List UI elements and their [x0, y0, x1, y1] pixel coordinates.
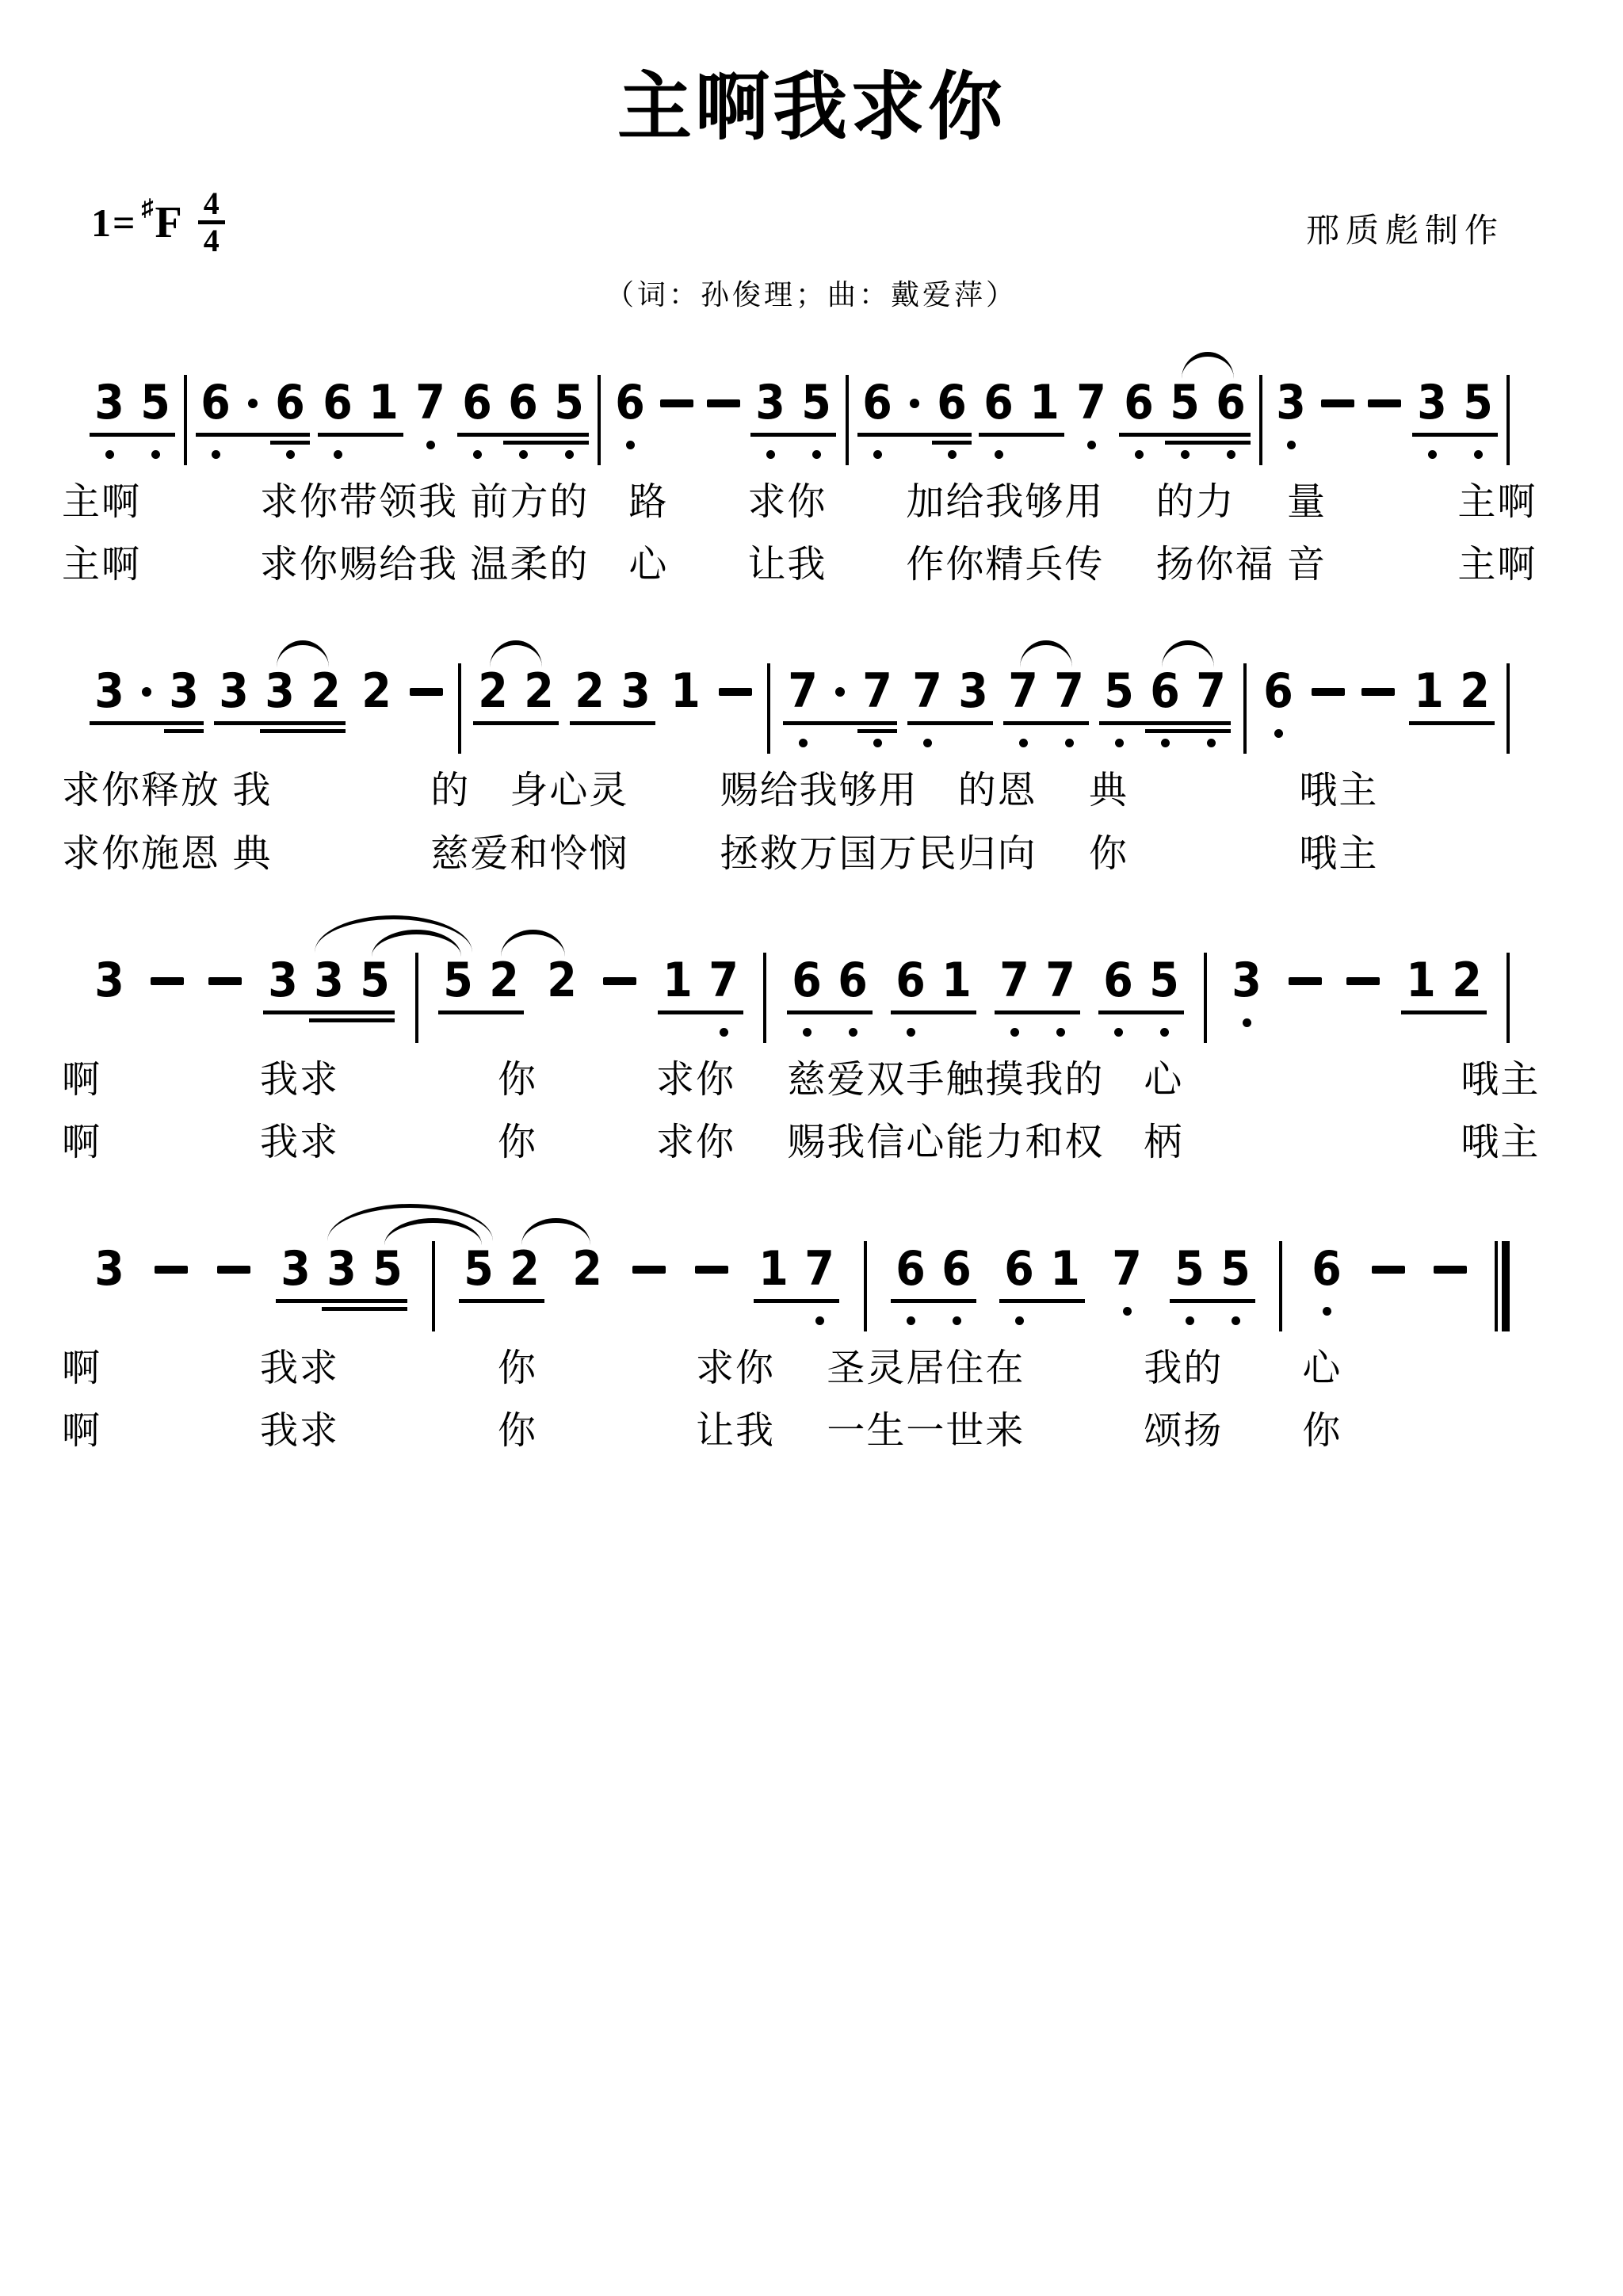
beam-line — [783, 721, 897, 725]
note-group: 2 — [358, 666, 395, 753]
octave-dot — [1160, 1028, 1169, 1037]
note: 3 — [267, 955, 300, 1006]
time-denominator: 4 — [204, 226, 220, 256]
beam-line-2 — [857, 729, 897, 733]
note-group: 7 — [412, 377, 449, 464]
beam-line — [263, 1010, 395, 1014]
note: 6 — [274, 377, 307, 428]
beam-line-2 — [932, 441, 972, 445]
octave-dot — [873, 450, 882, 459]
note: 5 — [1103, 666, 1136, 716]
barline — [1279, 1241, 1282, 1331]
note: 2 — [523, 666, 556, 716]
duration-dash-mark — [410, 688, 443, 696]
barline — [767, 663, 770, 754]
music-system-4: 33355221766617556啊 我求 你 求你 圣灵居住在 我的 心啊 我… — [0, 1199, 1623, 1453]
barline — [763, 953, 766, 1043]
note: 6 — [940, 1244, 972, 1294]
note: 6 — [861, 377, 893, 428]
beam-line-2 — [164, 729, 204, 733]
beam-line — [891, 1299, 976, 1303]
duration-dash-mark — [1368, 399, 1401, 407]
note-group: 65 — [1100, 955, 1182, 1042]
note: 6 — [894, 1244, 926, 1294]
beam-line — [214, 721, 346, 725]
octave-dot — [1065, 739, 1074, 747]
beam-line — [999, 1299, 1085, 1303]
note-group: 73 — [909, 666, 991, 753]
note: 7 — [414, 377, 446, 428]
beam-line-2 — [260, 729, 346, 733]
octave-dot — [1287, 441, 1296, 449]
note-group: 12 — [1403, 955, 1485, 1042]
lyrics-row-1: 啊 我求 你 求你 圣灵居住在 我的 心 — [62, 1347, 1623, 1390]
note-group: 656 — [1121, 377, 1249, 464]
note-group: 66 — [859, 377, 970, 464]
note: 5 — [1148, 955, 1180, 1006]
octave-dot — [815, 1316, 824, 1325]
note-group: 61 — [980, 377, 1063, 464]
note: 7 — [804, 1244, 836, 1294]
duration-dash-mark — [1289, 977, 1322, 985]
lyrics-row-1: 啊 我求 你 求你 慈爱双手触摸我的 心 哦主 — [62, 1058, 1623, 1102]
note: 5 — [800, 377, 833, 428]
note: 5 — [359, 955, 391, 1006]
beam-line — [750, 433, 836, 437]
beam-line — [1003, 721, 1089, 725]
note: 3 — [326, 1244, 358, 1294]
duration-dash — [717, 666, 754, 753]
duration-dash-mark — [1346, 977, 1380, 985]
note-group: 66 — [197, 377, 308, 464]
note-group: 77 — [996, 955, 1079, 1042]
octave-dot — [426, 441, 435, 449]
barline — [432, 1241, 435, 1331]
octave-dot — [1232, 1316, 1240, 1325]
note: 5 — [139, 377, 171, 428]
note: 6 — [1310, 1244, 1342, 1294]
slur-arc — [1182, 352, 1234, 379]
beam-line — [979, 433, 1064, 437]
note: 6 — [1149, 666, 1182, 716]
note: 7 — [1110, 1244, 1143, 1294]
slur-arc — [1162, 640, 1214, 667]
note: 2 — [477, 666, 510, 716]
note: 6 — [982, 377, 1014, 428]
octave-dot — [1019, 739, 1028, 747]
music-system-3: 33355221766617765312啊 我求 你 求你 慈爱双手触摸我的 心… — [0, 911, 1623, 1164]
note: 2 — [1450, 955, 1483, 1006]
note: 3 — [1231, 955, 1263, 1006]
slur-arc — [1020, 640, 1072, 667]
note: 6 — [1214, 377, 1247, 428]
note-group: 2 — [569, 1244, 605, 1331]
key-signature: 1= ♯ F 4 4 — [91, 189, 225, 256]
note: 5 — [1461, 377, 1494, 428]
note: 5 — [463, 1244, 495, 1294]
note: 6 — [613, 377, 646, 428]
note-group: 66 — [892, 1244, 975, 1331]
note-group: 3 — [91, 955, 128, 1042]
duration-dash — [631, 1244, 667, 1331]
duration-dash — [1432, 1244, 1468, 1331]
duration-dash-mark — [1372, 1266, 1405, 1274]
note: 5 — [441, 955, 474, 1006]
beam-line — [1098, 1010, 1184, 1014]
duration-dash-mark — [217, 1266, 250, 1274]
duration-dash — [216, 1244, 252, 1331]
octave-dot — [1010, 1028, 1019, 1037]
note-group: 7 — [1073, 377, 1109, 464]
duration-dash — [659, 377, 695, 464]
note-group: 52 — [440, 955, 522, 1042]
beam-line-2 — [270, 441, 310, 445]
note-group: 55 — [1171, 1244, 1254, 1331]
note: 6 — [506, 377, 539, 428]
note-group: 61 — [892, 955, 975, 1042]
beam-line — [570, 721, 655, 725]
note-group: 17 — [659, 955, 742, 1042]
barline — [458, 663, 461, 754]
notation-line: 33355221766617556 — [0, 1199, 1623, 1335]
note-group: 332 — [216, 666, 344, 753]
note: 3 — [313, 955, 346, 1006]
sharp-symbol: ♯ — [142, 195, 154, 222]
octave-dot — [1015, 1316, 1024, 1325]
octave-dot — [907, 1316, 915, 1325]
note: 5 — [552, 377, 585, 428]
beam-line — [1401, 1010, 1487, 1014]
note: 3 — [93, 1244, 125, 1294]
note: 7 — [1044, 955, 1076, 1006]
barline — [864, 1241, 867, 1331]
octave-dot — [923, 739, 932, 747]
note: 7 — [708, 955, 740, 1006]
note: 2 — [310, 666, 342, 716]
barline — [1507, 663, 1510, 754]
duration-dash — [1310, 666, 1346, 753]
note-group: 61 — [319, 377, 402, 464]
octave-dot — [519, 450, 528, 459]
beam-line — [196, 433, 310, 437]
slur-arc — [277, 640, 329, 667]
note: 3 — [754, 377, 787, 428]
note-group: 665 — [459, 377, 587, 464]
beam-line-2 — [322, 1307, 407, 1311]
duration-dash — [601, 955, 638, 1042]
note: 5 — [1173, 1244, 1205, 1294]
sheet-music-page: { "header": { "title": "主啊我求你", "key": {… — [0, 0, 1623, 2296]
beam-line — [1099, 721, 1231, 725]
note-group: 33 — [91, 666, 202, 753]
note: 3 — [264, 666, 296, 716]
beam-line — [90, 433, 175, 437]
note: 2 — [509, 1244, 541, 1294]
note-group: 35 — [91, 377, 174, 464]
octave-dot — [212, 450, 220, 459]
note-group: 6 — [612, 377, 648, 464]
music-systems: 356661766563566617656335主啊 求你带领我 前方的 路 求… — [0, 333, 1623, 1454]
octave-dot — [803, 1028, 811, 1037]
note: 6 — [790, 955, 823, 1006]
beam-line — [276, 1299, 407, 1303]
barline — [1204, 953, 1207, 1043]
note-group: 17 — [755, 1244, 838, 1331]
note: 1 — [662, 955, 694, 1006]
music-system-2: 33332222231777377567612求你释放 我 的 身心灵 赐给我够… — [0, 621, 1623, 875]
lyrics-row-2: 求你施恩 典 慈爱和怜悯 拯救万国万民归向 你 哦主 — [62, 832, 1623, 876]
note: 2 — [1458, 666, 1491, 716]
beam-line — [754, 1299, 839, 1303]
octave-dot — [1207, 739, 1216, 747]
octave-dot — [1186, 1316, 1194, 1325]
duration-dash-mark — [1361, 688, 1395, 696]
note-group: 23 — [571, 666, 654, 753]
duration-dash — [1360, 666, 1396, 753]
note-group: 35 — [752, 377, 834, 464]
note: 3 — [280, 1244, 312, 1294]
key-prefix: 1= — [91, 200, 137, 246]
octave-dot — [995, 450, 1003, 459]
note: 1 — [669, 666, 701, 716]
note: 7 — [998, 955, 1030, 1006]
beam-line-2 — [309, 1018, 395, 1022]
octave-dot — [1087, 441, 1096, 449]
octave-dot — [286, 450, 295, 459]
octave-dot — [873, 739, 882, 747]
barline — [184, 375, 187, 465]
duration-dash — [408, 666, 445, 753]
octave-dot — [1181, 450, 1190, 459]
note: 3 — [1415, 377, 1448, 428]
duration-dash-mark — [707, 399, 740, 407]
note-group: 335 — [277, 1244, 406, 1331]
note: 6 — [894, 955, 926, 1006]
octave-dot — [1474, 450, 1483, 459]
duration-dash-mark — [1321, 399, 1354, 407]
octave-dot — [1123, 1307, 1132, 1316]
note-group: 22 — [475, 666, 557, 753]
note: 2 — [573, 666, 605, 716]
note: 7 — [786, 666, 819, 716]
lyrics-row-1: 主啊 求你带领我 前方的 路 求你 加给我够用 的力 量 主啊 — [62, 480, 1623, 524]
augmentation-dot — [910, 399, 919, 408]
note: 7 — [1006, 666, 1039, 716]
octave-dot — [1274, 729, 1283, 738]
duration-dash-mark — [660, 399, 693, 407]
note: 6 — [200, 377, 232, 428]
octave-dot — [907, 1028, 915, 1037]
barline — [598, 375, 601, 465]
duration-dash-mark — [719, 688, 752, 696]
note-group: 2 — [544, 955, 580, 1042]
beam-line — [658, 1010, 743, 1014]
octave-dot — [812, 450, 821, 459]
lyricist-composer-credit: （词：孙俊理；曲：戴爱萍） — [0, 273, 1623, 313]
note: 6 — [321, 377, 353, 428]
lyrics-row-2: 主啊 求你赐给我 温柔的 心 让我 作你精兵传 扬你福 音 主啊 — [62, 543, 1623, 586]
duration-dash — [1345, 955, 1381, 1042]
slur-arc — [490, 640, 542, 667]
note: 7 — [1075, 377, 1108, 428]
duration-dash — [149, 955, 185, 1042]
octave-dot — [1227, 450, 1235, 459]
beam-line — [891, 1010, 976, 1014]
duration-dash — [705, 377, 742, 464]
slur-arc — [521, 1218, 590, 1245]
note: 6 — [836, 955, 869, 1006]
duration-dash-mark — [632, 1266, 666, 1274]
note: 5 — [1219, 1244, 1251, 1294]
music-system-1: 356661766563566617656335主啊 求你带领我 前方的 路 求… — [0, 333, 1623, 586]
octave-dot — [473, 450, 482, 459]
duration-dash — [1319, 377, 1356, 464]
octave-dot — [1135, 450, 1144, 459]
duration-dash-mark — [151, 977, 184, 985]
augmentation-dot — [248, 399, 258, 408]
note: 7 — [1195, 666, 1228, 716]
octave-dot — [1114, 1028, 1123, 1037]
beam-line — [1170, 1299, 1255, 1303]
note: 7 — [1052, 666, 1085, 716]
note: 6 — [1002, 1244, 1035, 1294]
beam-line — [857, 433, 972, 437]
beam-line-2 — [1165, 441, 1251, 445]
note: 2 — [571, 1244, 603, 1294]
octave-dot — [1428, 450, 1437, 459]
note: 1 — [758, 1244, 790, 1294]
note: 1 — [1404, 955, 1437, 1006]
duration-dash — [693, 1244, 730, 1331]
note-group: 77 — [1005, 666, 1087, 753]
note: 7 — [911, 666, 943, 716]
note: 1 — [1048, 1244, 1081, 1294]
note: 6 — [935, 377, 968, 428]
note: 6 — [460, 377, 493, 428]
note-group: 3 — [1273, 377, 1309, 464]
note: 3 — [1274, 377, 1307, 428]
duration-dash — [1287, 955, 1323, 1042]
barline — [1507, 953, 1510, 1043]
beam-line — [457, 433, 589, 437]
notation-line: 356661766563566617656335 — [0, 333, 1623, 469]
barline — [1243, 663, 1247, 754]
note-group: 3 — [91, 1244, 128, 1331]
note-group: 6 — [1260, 666, 1296, 753]
note-group: 335 — [265, 955, 393, 1042]
note: 1 — [940, 955, 972, 1006]
octave-dot — [334, 450, 342, 459]
duration-dash-mark — [1434, 1266, 1467, 1274]
note: 6 — [1262, 666, 1294, 716]
barline — [846, 375, 849, 465]
note: 1 — [1412, 666, 1445, 716]
note: 3 — [957, 666, 989, 716]
note: 3 — [93, 377, 125, 428]
octave-dot — [151, 450, 160, 459]
final-barline — [1495, 1241, 1510, 1331]
beam-line — [907, 721, 993, 725]
notation-line: 33355221766617765312 — [0, 911, 1623, 1047]
octave-dot — [720, 1028, 728, 1037]
beam-line — [1119, 433, 1251, 437]
note: 1 — [1028, 377, 1060, 428]
duration-dash — [1366, 377, 1403, 464]
note: 3 — [167, 666, 200, 716]
note: 3 — [93, 955, 125, 1006]
note-group: 3 — [1228, 955, 1265, 1042]
note: 3 — [93, 666, 125, 716]
octave-dot — [849, 1028, 857, 1037]
beam-line — [90, 721, 204, 725]
note: 2 — [545, 955, 578, 1006]
augmentation-dot — [835, 687, 845, 697]
notation-line: 33332222231777377567612 — [0, 621, 1623, 758]
note: 3 — [218, 666, 250, 716]
note-group: 52 — [460, 1244, 543, 1331]
octave-dot — [1115, 739, 1124, 747]
beam-line-2 — [1145, 729, 1231, 733]
note-group: 35 — [1414, 377, 1496, 464]
beam-line-2 — [503, 441, 589, 445]
note: 1 — [367, 377, 399, 428]
note: 3 — [619, 666, 651, 716]
beam-line — [1409, 721, 1495, 725]
song-title: 主啊我求你 — [0, 0, 1623, 147]
header: 主啊我求你 1= ♯ F 4 4 邢质彪制作 （词：孙俊理；曲：戴爱萍） — [0, 0, 1623, 333]
time-numerator: 4 — [204, 189, 220, 219]
lyrics-row-1: 求你释放 我 的 身心灵 赐给我够用 的恩 典 哦主 — [62, 769, 1623, 812]
note-group: 61 — [1001, 1244, 1083, 1331]
duration-dash — [153, 1244, 189, 1331]
note: 5 — [372, 1244, 404, 1294]
note-group: 12 — [1411, 666, 1493, 753]
time-signature: 4 4 — [198, 189, 225, 256]
octave-dot — [626, 441, 635, 449]
note-group: 6 — [1308, 1244, 1345, 1331]
note-group: 567 — [1101, 666, 1229, 753]
note: 2 — [360, 666, 392, 716]
slur-arc — [501, 930, 565, 957]
duration-dash-mark — [695, 1266, 728, 1274]
note-group: 66 — [789, 955, 871, 1042]
note: 5 — [1168, 377, 1201, 428]
octave-dot — [1056, 1028, 1065, 1037]
note-group: 77 — [785, 666, 896, 753]
duration-dash — [207, 955, 243, 1042]
beam-line — [438, 1010, 524, 1014]
barline — [415, 953, 418, 1043]
lyrics-row-2: 啊 我求 你 求你 赐我信心能力和权 柄 哦主 — [62, 1121, 1623, 1164]
beam-line — [318, 433, 403, 437]
octave-dot — [565, 450, 574, 459]
octave-dot — [105, 450, 114, 459]
octave-dot — [1323, 1307, 1331, 1316]
barline — [1259, 375, 1262, 465]
duration-dash — [1370, 1244, 1407, 1331]
duration-dash-mark — [603, 977, 636, 985]
note: 6 — [1102, 955, 1134, 1006]
beam-line — [787, 1010, 873, 1014]
duration-dash-mark — [1312, 688, 1345, 696]
octave-dot — [766, 450, 775, 459]
duration-dash-mark — [155, 1266, 188, 1274]
octave-dot — [799, 739, 808, 747]
note: 6 — [1122, 377, 1155, 428]
octave-dot — [953, 1316, 961, 1325]
beam-line — [473, 721, 559, 725]
note: 7 — [861, 666, 893, 716]
